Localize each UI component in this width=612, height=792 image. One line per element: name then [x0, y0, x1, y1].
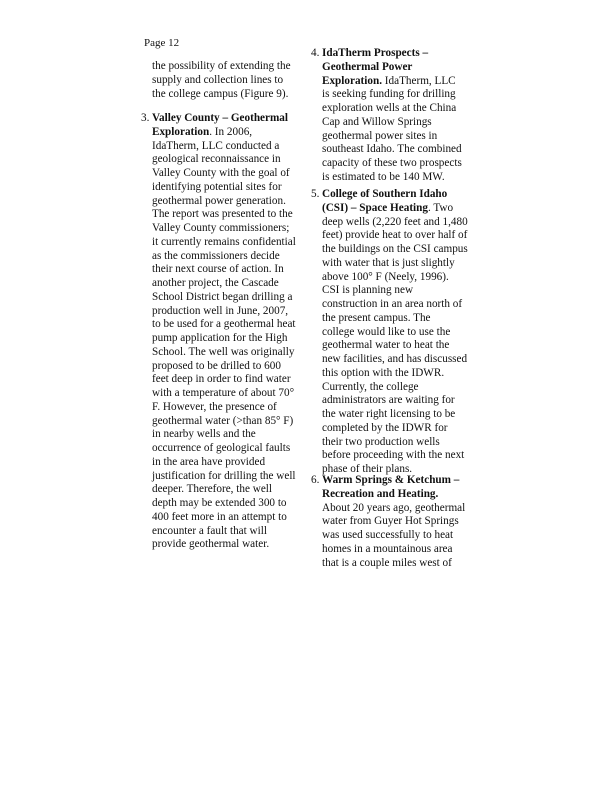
- text-line: School. The well was originally: [152, 346, 296, 360]
- text-line: supply and collection lines to: [152, 74, 302, 88]
- text-line: their next course of action. In: [152, 263, 296, 277]
- body-text: occurrence of geological faults: [152, 442, 290, 454]
- text-line: Currently, the college: [322, 381, 468, 395]
- body-text: production well in June, 2007,: [152, 305, 288, 317]
- text-line: Valley County commissioners;: [152, 222, 296, 236]
- text-line: in the area have provided: [152, 456, 296, 470]
- body-text: the water right licensing to be: [322, 408, 455, 420]
- body-text: geothermal power sites in: [322, 130, 437, 142]
- item-heading: Exploration.: [322, 75, 382, 87]
- text-line: this option with the IDWR.: [322, 367, 468, 381]
- text-line: deeper. Therefore, the well: [152, 483, 296, 497]
- body-text: geothermal power generation.: [152, 195, 286, 207]
- body-text: Valley County commissioners;: [152, 222, 289, 234]
- body-text: the buildings on the CSI campus: [322, 243, 468, 255]
- body-text: proposed to be drilled to 600: [152, 360, 281, 372]
- body-text: in nearby wells and the: [152, 428, 256, 440]
- body-text: is estimated to be 140 MW.: [322, 171, 445, 183]
- body-text: exploration wells at the China: [322, 102, 456, 114]
- text-line: proposed to be drilled to 600: [152, 360, 296, 374]
- text-line: justification for drilling the well: [152, 470, 296, 484]
- text-line: new facilities, and has discussed: [322, 353, 468, 367]
- body-text: their two production wells: [322, 436, 440, 448]
- text-line: feet) provide heat to over half of: [322, 229, 468, 243]
- list-item-college-southern-idaho: 5. College of Southern Idaho(CSI) – Spac…: [322, 188, 468, 477]
- list-item-idatherm-prospects: 4. IdaTherm Prospects –Geothermal PowerE…: [322, 47, 462, 185]
- body-text: feet) provide heat to over half of: [322, 229, 467, 241]
- item-heading: (CSI) – Space Heating: [322, 202, 428, 214]
- text-line: with a temperature of about 70°: [152, 387, 296, 401]
- item-number: 4.: [311, 47, 319, 61]
- text-line: another project, the Cascade: [152, 277, 296, 291]
- text-line: the present campus. The: [322, 312, 468, 326]
- text-line: encounter a fault that will: [152, 525, 296, 539]
- body-text: . Two: [428, 202, 453, 214]
- text-line: (CSI) – Space Heating. Two: [322, 202, 468, 216]
- item-heading: Warm Springs & Ketchum –: [322, 474, 459, 486]
- body-text: college would like to use the: [322, 326, 450, 338]
- text-line: the college campus (Figure 9).: [152, 88, 302, 102]
- item-heading: College of Southern Idaho: [322, 188, 447, 200]
- body-text: . In 2006,: [209, 126, 252, 138]
- body-text: pump application for the High: [152, 332, 287, 344]
- body-text: above 100° F (Neely, 1996).: [322, 271, 449, 283]
- body-text: with water that is just slightly: [322, 257, 455, 269]
- body-text: geological reconnaissance in: [152, 153, 281, 165]
- body-text: the present campus. The: [322, 312, 431, 324]
- text-line: homes in a mountainous area: [322, 543, 465, 557]
- body-text: administrators are waiting for: [322, 394, 455, 406]
- body-text: provide geothermal water.: [152, 538, 269, 550]
- text-line: was used successfully to heat: [322, 529, 465, 543]
- text-line: pump application for the High: [152, 332, 296, 346]
- body-text: water from Guyer Hot Springs: [322, 515, 459, 527]
- text-line: geothermal power sites in: [322, 130, 462, 144]
- body-text: 400 feet more in an attempt to: [152, 511, 287, 523]
- body-text: before proceeding with the next: [322, 449, 464, 461]
- item-heading: Valley County – Geothermal: [152, 112, 288, 124]
- body-text: was used successfully to heat: [322, 529, 453, 541]
- text-line: Exploration. In 2006,: [152, 126, 296, 140]
- text-line: college would like to use the: [322, 326, 468, 340]
- body-text: completed by the IDWR for: [322, 422, 448, 434]
- text-line: Warm Springs & Ketchum –: [322, 474, 465, 488]
- list-item-valley-county: 3. Valley County – GeothermalExploration…: [152, 112, 296, 552]
- text-line: completed by the IDWR for: [322, 422, 468, 436]
- text-line: geological reconnaissance in: [152, 153, 296, 167]
- body-text: identifying potential sites for: [152, 181, 282, 193]
- item-number: 6.: [311, 474, 319, 488]
- text-line: About 20 years ago, geothermal: [322, 502, 465, 516]
- body-text: F. However, the presence of: [152, 401, 277, 413]
- text-line: depth may be extended 300 to: [152, 497, 296, 511]
- body-text: CSI is planning new: [322, 284, 413, 296]
- item-heading: Exploration: [152, 126, 209, 138]
- list-item-warm-springs-ketchum: 6. Warm Springs & Ketchum –Recreation an…: [322, 474, 465, 570]
- body-text: as the commissioners decide: [152, 250, 280, 262]
- body-text: Currently, the college: [322, 381, 419, 393]
- body-text: this option with the IDWR.: [322, 367, 444, 379]
- text-line: occurrence of geological faults: [152, 442, 296, 456]
- column-1-continuation: the possibility of extending the supply …: [152, 60, 302, 101]
- text-line: above 100° F (Neely, 1996).: [322, 271, 468, 285]
- text-line: CSI is planning new: [322, 284, 468, 298]
- text-line: as the commissioners decide: [152, 250, 296, 264]
- text-line: with water that is just slightly: [322, 257, 468, 271]
- item-heading: Geothermal Power: [322, 61, 412, 73]
- text-line: is estimated to be 140 MW.: [322, 171, 462, 185]
- text-line: Cap and Willow Springs: [322, 116, 462, 130]
- text-line: that is a couple miles west of: [322, 557, 465, 571]
- body-text: to be used for a geothermal heat: [152, 318, 296, 330]
- body-text: justification for drilling the well: [152, 470, 296, 482]
- text-line: School District began drilling a: [152, 291, 296, 305]
- text-line: their two production wells: [322, 436, 468, 450]
- body-text: deeper. Therefore, the well: [152, 483, 272, 495]
- body-text: School. The well was originally: [152, 346, 294, 358]
- text-line: before proceeding with the next: [322, 449, 468, 463]
- body-text: geothermal water (>than 85° F): [152, 415, 293, 427]
- text-line: College of Southern Idaho: [322, 188, 468, 202]
- body-text: encounter a fault that will: [152, 525, 267, 537]
- text-line: IdaTherm Prospects –: [322, 47, 462, 61]
- body-text: IdaTherm, LLC: [382, 75, 456, 87]
- text-line: geothermal power generation.: [152, 195, 296, 209]
- body-text: The report was presented to the: [152, 208, 293, 220]
- text-line: Geothermal Power: [322, 61, 462, 75]
- item-number: 5.: [311, 188, 319, 202]
- item-number: 3.: [141, 112, 149, 126]
- body-text: homes in a mountainous area: [322, 543, 453, 555]
- body-text: another project, the Cascade: [152, 277, 279, 289]
- body-text: deep wells (2,220 feet and 1,480: [322, 216, 468, 228]
- text-line: IdaTherm, LLC conducted a: [152, 140, 296, 154]
- text-line: The report was presented to the: [152, 208, 296, 222]
- text-line: provide geothermal water.: [152, 538, 296, 552]
- text-line: water from Guyer Hot Springs: [322, 515, 465, 529]
- text-line: exploration wells at the China: [322, 102, 462, 116]
- body-text: IdaTherm, LLC conducted a: [152, 140, 279, 152]
- body-text: About 20 years ago, geothermal: [322, 502, 465, 514]
- text-line: geothermal water (>than 85° F): [152, 415, 296, 429]
- text-line: capacity of these two prospects: [322, 157, 462, 171]
- text-line: geothermal water to heat the: [322, 339, 468, 353]
- body-text: that is a couple miles west of: [322, 557, 452, 569]
- body-text: is seeking funding for drilling: [322, 88, 456, 100]
- body-text: capacity of these two prospects: [322, 157, 462, 169]
- text-line: production well in June, 2007,: [152, 305, 296, 319]
- text-line: Exploration. IdaTherm, LLC: [322, 75, 462, 89]
- body-text: geothermal water to heat the: [322, 339, 449, 351]
- text-line: southeast Idaho. The combined: [322, 143, 462, 157]
- body-text: their next course of action. In: [152, 263, 284, 275]
- item-heading: IdaTherm Prospects –: [322, 47, 428, 59]
- text-line: to be used for a geothermal heat: [152, 318, 296, 332]
- text-line: in nearby wells and the: [152, 428, 296, 442]
- text-line: administrators are waiting for: [322, 394, 468, 408]
- text-line: it currently remains confidential: [152, 236, 296, 250]
- body-text: new facilities, and has discussed: [322, 353, 467, 365]
- body-text: it currently remains confidential: [152, 236, 296, 248]
- body-text: southeast Idaho. The combined: [322, 143, 462, 155]
- text-line: feet deep in order to find water: [152, 373, 296, 387]
- body-text: Cap and Willow Springs: [322, 116, 432, 128]
- body-text: Valley County with the goal of: [152, 167, 290, 179]
- body-text: in the area have provided: [152, 456, 265, 468]
- text-line: Valley County with the goal of: [152, 167, 296, 181]
- text-line: the buildings on the CSI campus: [322, 243, 468, 257]
- body-text: depth may be extended 300 to: [152, 497, 287, 509]
- body-text: School District began drilling a: [152, 291, 292, 303]
- text-line: the possibility of extending the: [152, 60, 302, 74]
- text-line: is seeking funding for drilling: [322, 88, 462, 102]
- page-number: Page 12: [144, 37, 179, 49]
- text-line: F. However, the presence of: [152, 401, 296, 415]
- text-line: 400 feet more in an attempt to: [152, 511, 296, 525]
- body-text: with a temperature of about 70°: [152, 387, 294, 399]
- text-line: deep wells (2,220 feet and 1,480: [322, 216, 468, 230]
- text-line: Recreation and Heating.: [322, 488, 465, 502]
- text-line: the water right licensing to be: [322, 408, 468, 422]
- item-heading: Recreation and Heating.: [322, 488, 438, 500]
- body-text: feet deep in order to find water: [152, 373, 291, 385]
- text-line: construction in an area north of: [322, 298, 468, 312]
- text-line: identifying potential sites for: [152, 181, 296, 195]
- body-text: construction in an area north of: [322, 298, 462, 310]
- text-line: Valley County – Geothermal: [152, 112, 296, 126]
